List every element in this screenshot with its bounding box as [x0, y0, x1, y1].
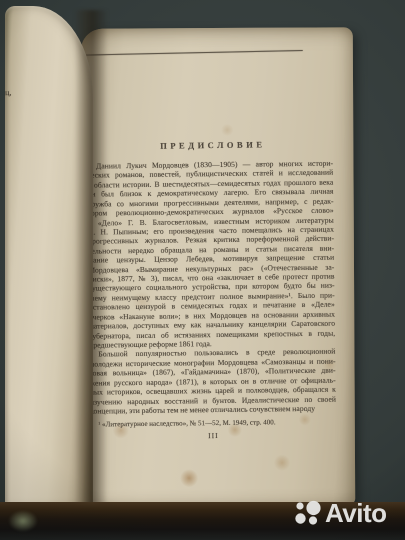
preface-title: ПРЕДИСЛОВИЕ — [89, 139, 337, 152]
avito-logo-icon — [293, 500, 323, 527]
preface-body: Даниил Лукич Мордовцев (1830—1905) — авт… — [87, 159, 336, 442]
left-page-text-fragment: ц, — [5, 88, 12, 97]
table-reflection — [8, 510, 38, 532]
avito-wordmark: Avito — [325, 499, 387, 527]
body-line: концепции, эти работы тем не менее отлич… — [90, 404, 336, 416]
photo-background: ПРЕДИСЛОВИЕ Даниил Лукич Мордовцев (1830… — [0, 0, 405, 540]
page-rule — [85, 50, 303, 56]
right-page: ПРЕДИСЛОВИЕ Даниил Лукич Мордовцев (1830… — [81, 27, 355, 505]
avito-watermark: Avito — [293, 498, 387, 528]
paragraph-1: Даниил Лукич Мордовцев (1830—1905) — авт… — [87, 159, 335, 350]
footnote: ¹ «Литературное наследство», № 51—52, М.… — [90, 417, 336, 429]
page-number: III — [90, 429, 336, 441]
gutter-shadow — [74, 10, 108, 505]
page-content: ПРЕДИСЛОВИЕ Даниил Лукич Мордовцев (1830… — [79, 26, 357, 506]
paragraph-2: Большой популярностью пользовались в сре… — [89, 347, 336, 416]
